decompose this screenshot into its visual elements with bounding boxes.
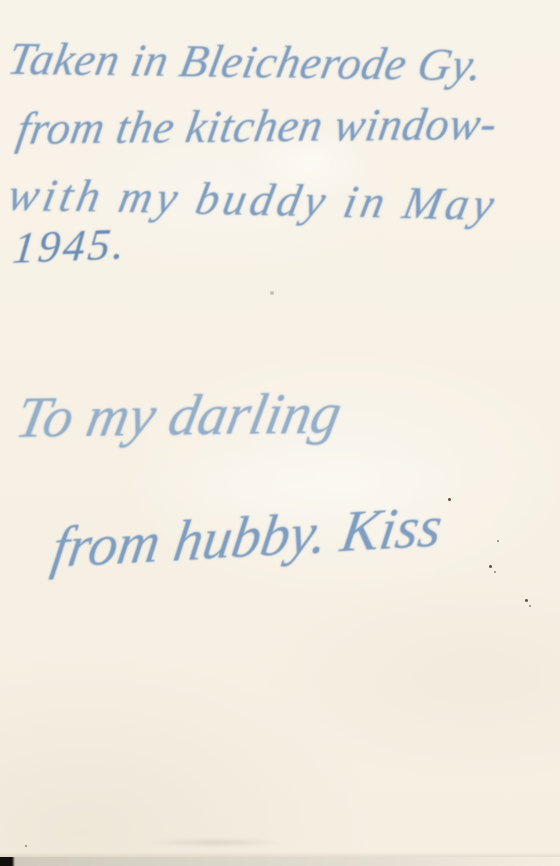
paper-speck [270, 291, 274, 295]
inscription-line-location: Taken in Bleicherode Gy. [4, 32, 488, 91]
scan-edge-strip [0, 857, 560, 866]
scan-smudge [150, 838, 280, 847]
ink-speck [525, 599, 528, 602]
inscription-line-year: 1945. [11, 218, 130, 273]
dedication-line-darling: To my darling [11, 379, 348, 451]
ink-speck [494, 571, 496, 573]
inscription-line-window: from the kitchen window- [13, 97, 501, 155]
ink-speck [489, 565, 492, 568]
ink-speck [497, 540, 499, 542]
ink-speck [448, 498, 451, 501]
dedication-line-hubby: from hubby. Kiss [48, 492, 447, 581]
ink-speck [529, 605, 531, 607]
paper-speck [25, 845, 27, 847]
photo-back-paper: Taken in Bleicherode Gy. from the kitche… [0, 0, 560, 866]
